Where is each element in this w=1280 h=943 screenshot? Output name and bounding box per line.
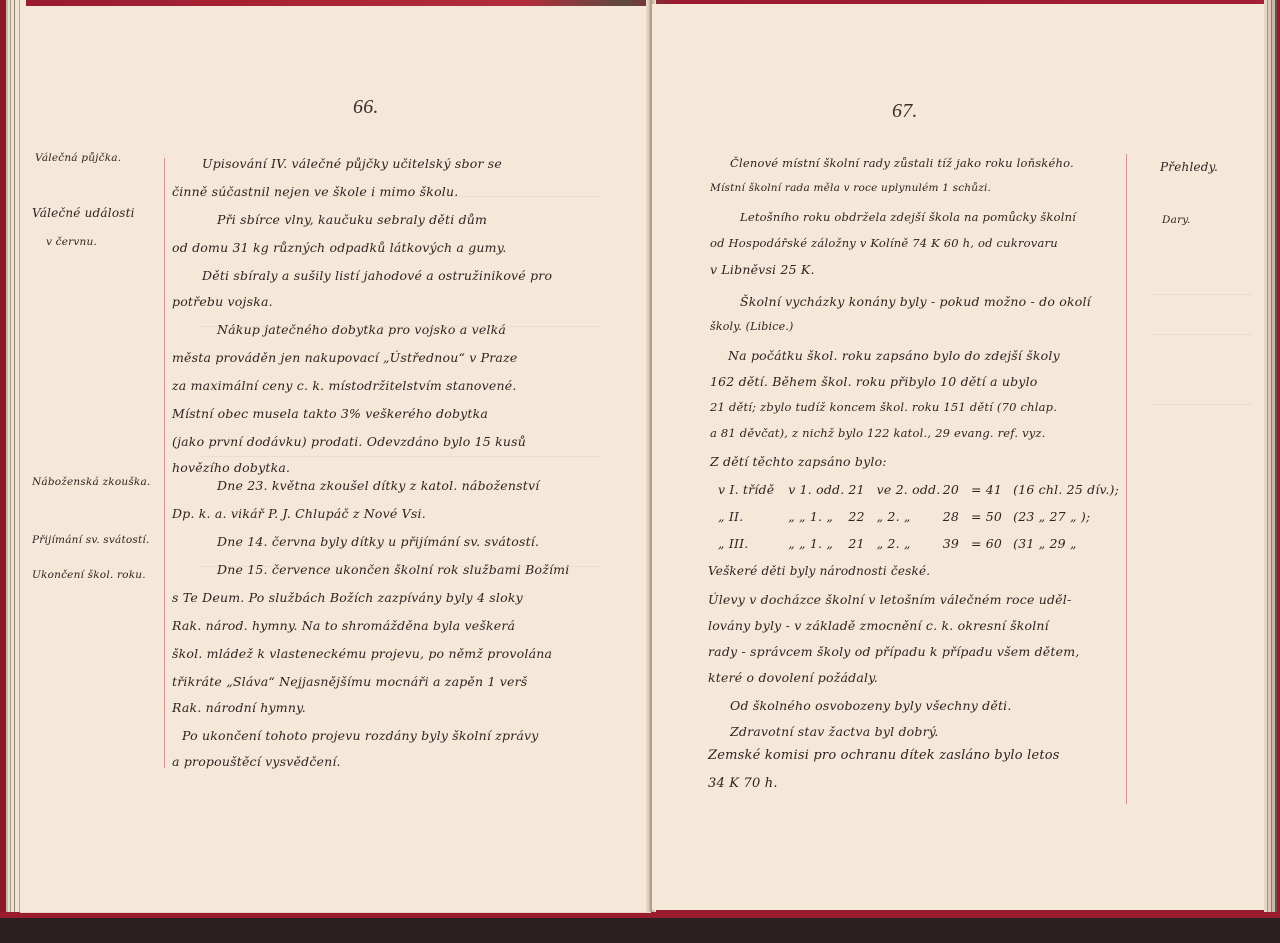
text-line: Zemské komisi pro ochranu dítek zasláno …: [708, 748, 1060, 763]
division-1-label: „ „ 1. „: [788, 509, 844, 524]
text-line: rady - správcem školy od případu k přípa…: [708, 644, 1079, 659]
class-total: = 50: [971, 509, 1009, 524]
class-label: v I. třídě: [718, 482, 784, 497]
page-number: 66.: [353, 96, 379, 119]
text-line: Letošního roku obdržela zdejší škola na …: [740, 210, 1076, 224]
division-1-count: 21: [848, 482, 872, 497]
page-number: 67.: [892, 100, 918, 123]
division-2-count: 28: [943, 509, 967, 524]
text-line: Dne 15. července ukončen školní rok služ…: [217, 562, 569, 577]
gender-breakdown: (31 „ 29 „: [1013, 536, 1077, 551]
margin-note-overviews: Přehledy.: [1160, 160, 1218, 174]
text-line: Od školného osvobozeny byly všechny děti…: [730, 698, 1012, 713]
text-line: potřebu vojska.: [172, 294, 273, 309]
margin-note-war-loan: Válečná půjčka.: [35, 152, 121, 164]
division-2-label: „ 2. „: [877, 509, 939, 524]
text-line: Místní obec musela takto 3% veškerého do…: [172, 406, 488, 421]
text-line: školy. (Libice.): [710, 320, 794, 333]
margin-rule: [164, 158, 165, 768]
text-line: a 81 děvčat), z nichž bylo 122 katol., 2…: [710, 426, 1046, 440]
text-line: za maximální ceny c. k. místodržitelství…: [172, 378, 517, 393]
text-line: Při sbírce vlny, kaučuku sebraly děti dů…: [217, 212, 487, 227]
text-line: a propouštěcí vysvědčení.: [172, 754, 341, 769]
division-2-label: „ 2. „: [877, 536, 939, 551]
text-line: které o dovolení požádaly.: [708, 670, 878, 685]
text-line: Členové místní školní rady zůstali tíž j…: [730, 156, 1074, 170]
text-line: Upisování IV. válečné půjčky učitelský s…: [202, 156, 502, 171]
text-line: Veškeré děti byly národnosti české.: [708, 564, 930, 578]
text-line: s Te Deum. Po službách Božích zazpívány …: [172, 590, 523, 605]
class-total: = 41: [971, 482, 1009, 497]
division-1-label: v 1. odd.: [788, 482, 844, 497]
text-line: Úlevy v docházce školní v letošním váleč…: [708, 592, 1071, 607]
division-2-count: 20: [943, 482, 967, 497]
division-1-label: „ „ 1. „: [788, 536, 844, 551]
text-line: třikráte „Sláva“ Nejjasnějšímu mocnáři a…: [172, 674, 527, 689]
text-line: od domu 31 kg různých odpadků látkových …: [172, 240, 507, 255]
text-line: Nákup jatečného dobytka pro vojsko a vel…: [217, 322, 506, 337]
text-line: lovány byly - v základě zmocnění c. k. o…: [708, 618, 1049, 633]
text-line: Školní vycházky konány byly - pokud možn…: [740, 294, 1091, 309]
margin-note-school-year-end: Ukončení škol. roku.: [32, 569, 146, 581]
division-2-label: ve 2. odd.: [877, 482, 939, 497]
division-2-count: 39: [943, 536, 967, 551]
text-line: Dne 14. června byly dítky u přijímání sv…: [217, 534, 539, 549]
text-line: od Hospodářské záložny v Kolíně 74 K 60 …: [710, 236, 1058, 250]
class-label: „ III.: [718, 536, 784, 551]
margin-note-in-june: v červnu.: [46, 236, 97, 248]
division-1-count: 21: [848, 536, 872, 551]
text-line: (jako první dodávku) prodati. Odevzdáno …: [172, 434, 526, 449]
division-1-count: 22: [848, 509, 872, 524]
text-line: škol. mládež k vlasteneckému projevu, po…: [172, 646, 552, 661]
text-line: Místní školní rada měla v roce uplynulém…: [710, 182, 991, 194]
enrollment-row: „ III. „ „ 1. „ 21 „ 2. „ 39 = 60 (31 „ …: [718, 536, 1077, 551]
text-line: Dp. k. a. vikář P. J. Chlupáč z Nové Vsi…: [172, 506, 426, 521]
text-line: města prováděn jen nakupovací „Ústřednou…: [172, 350, 517, 365]
text-line: hovězího dobytka.: [172, 460, 290, 475]
text-line: v Libněvsi 25 K.: [710, 262, 815, 277]
margin-note-religion-exam: Náboženská zkouška.: [32, 476, 150, 488]
enrollment-row: „ II. „ „ 1. „ 22 „ 2. „ 28 = 50 (23 „ 2…: [718, 509, 1090, 524]
left-page: 66. Válečná půjčka. Válečné události v č…: [20, 6, 651, 913]
class-label: „ II.: [718, 509, 784, 524]
margin-rule: [1126, 154, 1127, 804]
right-page-stack-edge: [1264, 0, 1280, 912]
margin-note-sacraments: Přijímání sv. svátostí.: [32, 534, 150, 546]
text-line: 162 dětí. Během škol. roku přibylo 10 dě…: [710, 374, 1038, 389]
class-total: = 60: [971, 536, 1009, 551]
right-page: 67. Přehledy. Dary. Členové místní školn…: [652, 4, 1264, 910]
text-line: Z dětí těchto zapsáno bylo:: [710, 454, 887, 469]
margin-note-war-events: Válečné události: [32, 206, 135, 220]
gender-breakdown: (23 „ 27 „ );: [1013, 509, 1090, 524]
enrollment-row: v I. třídě v 1. odd. 21 ve 2. odd. 20 = …: [718, 482, 1119, 497]
text-line: 34 K 70 h.: [708, 776, 778, 791]
text-line: Děti sbíraly a sušily listí jahodové a o…: [202, 268, 552, 283]
text-line: Rak. národ. hymny. Na to shromážděna byl…: [172, 618, 515, 633]
margin-note-gifts: Dary.: [1162, 214, 1191, 226]
text-line: Na počátku škol. roku zapsáno bylo do zd…: [728, 348, 1060, 363]
text-line: Dne 23. května zkoušel dítky z katol. ná…: [217, 478, 539, 493]
gender-breakdown: (16 chl. 25 dív.);: [1013, 482, 1119, 497]
open-ledger-book: 66. Válečná půjčka. Válečné události v č…: [0, 0, 1280, 918]
text-line: činně súčastnil nejen ve škole i mimo šk…: [172, 184, 458, 199]
text-line: 21 dětí; zbylo tudíž koncem škol. roku 1…: [710, 400, 1057, 414]
text-line: Po ukončení tohoto projevu rozdány byly …: [182, 728, 539, 743]
text-line: Zdravotní stav žactva byl dobrý.: [730, 724, 939, 739]
text-line: Rak. národní hymny.: [172, 700, 306, 715]
